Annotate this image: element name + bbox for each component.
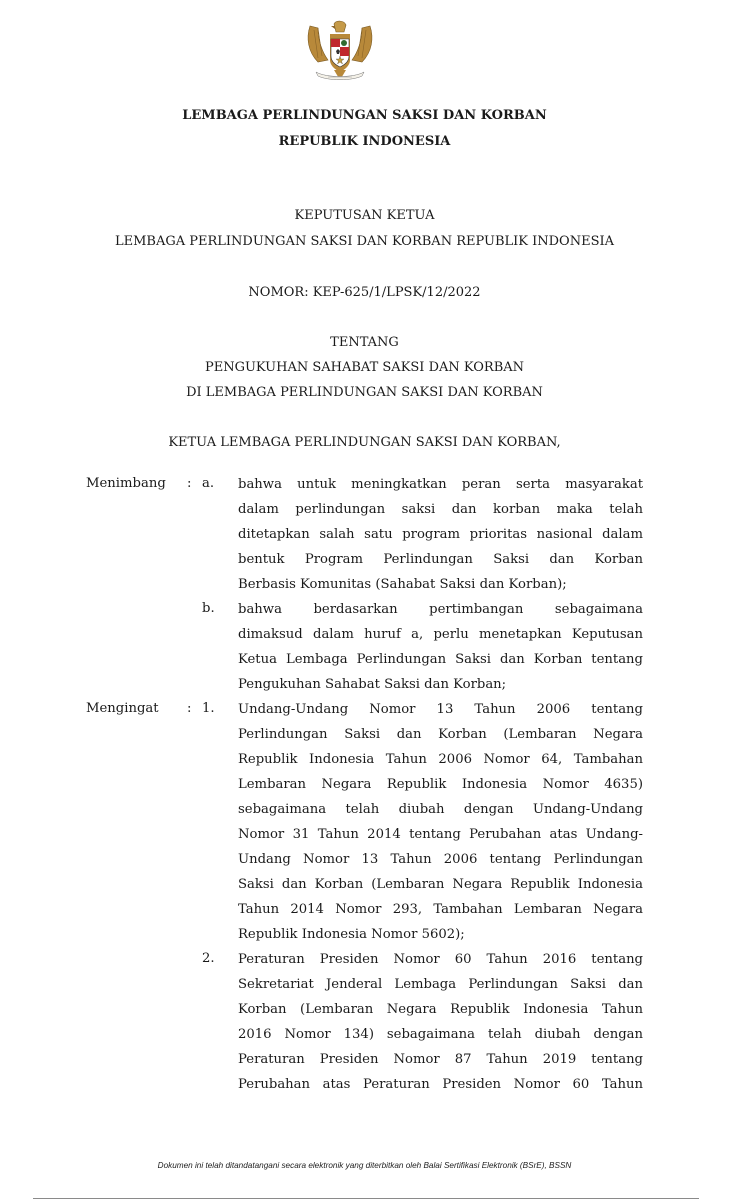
item-text-line: 2016 Nomor 134) sebagaimana telah diubah… — [238, 1026, 643, 1044]
item-marker: b. — [202, 601, 215, 616]
subject-line-1: PENGUKUHAN SAHABAT SAKSI DAN KORBAN — [0, 360, 729, 375]
item-text-line: Perlindungan Saksi dan Korban (Lembaran … — [238, 726, 643, 744]
item-text-line: ditetapkan salah satu program prioritas … — [238, 526, 643, 544]
item-text-line: Peraturan Presiden Nomor 60 Tahun 2016 t… — [238, 951, 643, 969]
section-label: Menimbang — [86, 476, 166, 491]
item-text-line: Undang-Undang Nomor 13 Tahun 2006 tentan… — [238, 701, 643, 719]
decision-title: KEPUTUSAN KETUA — [0, 208, 729, 223]
section-colon: : — [187, 476, 191, 491]
item-text-line: Ketua Lembaga Perlindungan Saksi dan Kor… — [238, 651, 643, 669]
item-text-line: Republik Indonesia Nomor 5602); — [238, 926, 643, 944]
institution-country: REPUBLIK INDONESIA — [0, 134, 729, 149]
issuer-heading: KETUA LEMBAGA PERLINDUNGAN SAKSI DAN KOR… — [0, 435, 729, 450]
item-text-line: Perubahan atas Peraturan Presiden Nomor … — [238, 1076, 643, 1094]
item-text-line: dalam perlindungan saksi dan korban maka… — [238, 501, 643, 519]
decision-issuer-title: LEMBAGA PERLINDUNGAN SAKSI DAN KORBAN RE… — [0, 234, 729, 249]
item-text-line: bahwa berdasarkan pertimbangan sebagaima… — [238, 601, 643, 619]
section-colon: : — [187, 701, 191, 716]
item-text-line: Tahun 2014 Nomor 293, Tambahan Lembaran … — [238, 901, 643, 919]
garuda-emblem-icon — [304, 18, 376, 88]
item-text-line: Peraturan Presiden Nomor 87 Tahun 2019 t… — [238, 1051, 643, 1069]
item-marker: 2. — [202, 951, 215, 966]
electronic-signature-note: Dokumen ini telah ditandatangani secara … — [0, 1161, 729, 1170]
item-text-line: Undang Nomor 13 Tahun 2006 tentang Perli… — [238, 851, 643, 869]
item-text-line: Lembaran Negara Republik Indonesia Nomor… — [238, 776, 643, 794]
item-marker: 1. — [202, 701, 215, 716]
item-text-line: Pengukuhan Sahabat Saksi dan Korban; — [238, 676, 643, 694]
section-label: Mengingat — [86, 701, 159, 716]
item-text-line: Republik Indonesia Tahun 2006 Nomor 64, … — [238, 751, 643, 769]
item-text-line: dimaksud dalam huruf a, perlu menetapkan… — [238, 626, 643, 644]
item-marker: a. — [202, 476, 214, 491]
institution-name: LEMBAGA PERLINDUNGAN SAKSI DAN KORBAN — [0, 108, 729, 123]
item-text-line: Saksi dan Korban (Lembaran Negara Republ… — [238, 876, 643, 894]
item-text-line: bahwa untuk meningkatkan peran serta mas… — [238, 476, 643, 494]
item-text-line: sebagaimana telah diubah dengan Undang-U… — [238, 801, 643, 819]
item-text-line: bentuk Program Perlindungan Saksi dan Ko… — [238, 551, 643, 569]
item-text-line: Berbasis Komunitas (Sahabat Saksi dan Ko… — [238, 576, 643, 594]
footer-divider — [33, 1198, 699, 1199]
item-text-line: Korban (Lembaran Negara Republik Indones… — [238, 1001, 643, 1019]
item-text-line: Nomor 31 Tahun 2014 tentang Perubahan at… — [238, 826, 643, 844]
about-label: TENTANG — [0, 335, 729, 350]
subject-line-2: DI LEMBAGA PERLINDUNGAN SAKSI DAN KORBAN — [0, 385, 729, 400]
decision-number: NOMOR: KEP-625/1/LPSK/12/2022 — [0, 285, 729, 300]
item-text-line: Sekretariat Jenderal Lembaga Perlindunga… — [238, 976, 643, 994]
